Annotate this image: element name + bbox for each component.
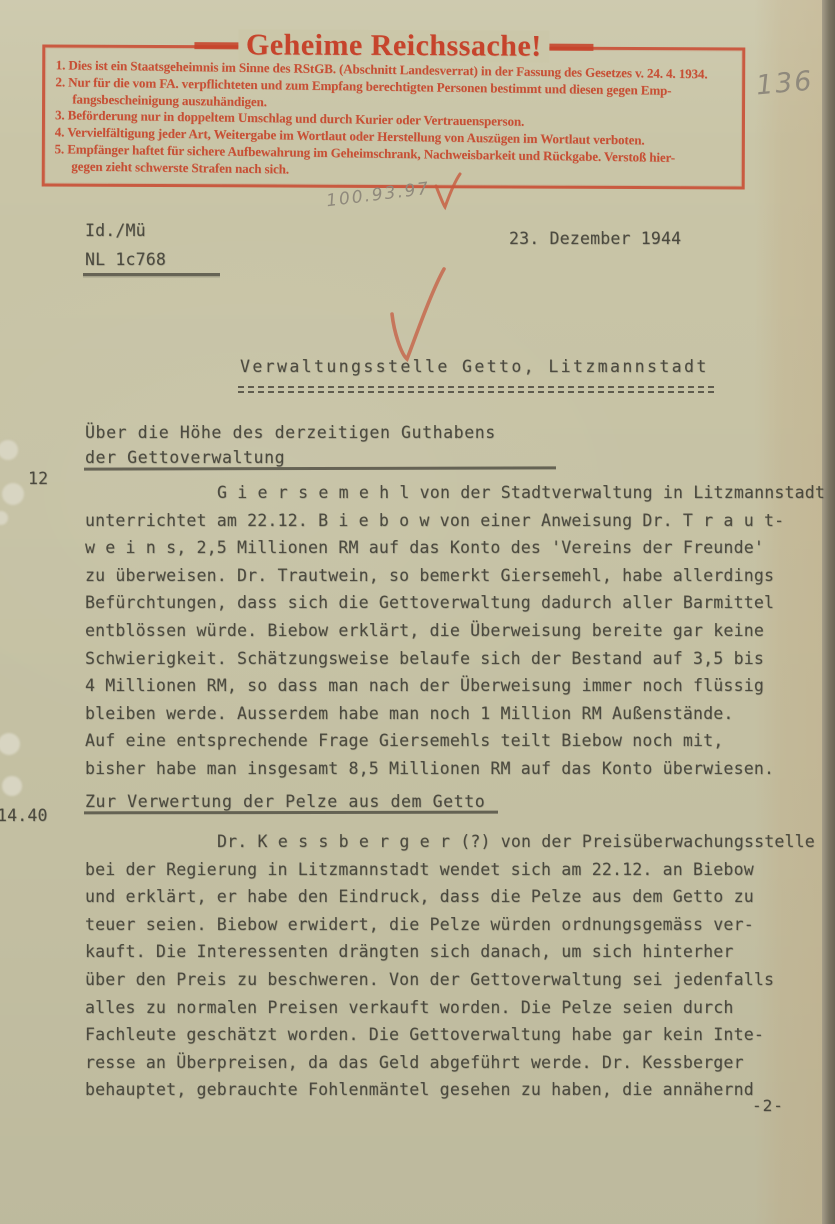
body-line: alles zu normalen Preisen verkauft worde… <box>85 994 815 1022</box>
document-title: Verwaltungsstelle Getto, Litzmannstadt <box>240 357 709 376</box>
body-line: Schwierigkeit. Schätzungsweise belaufe s… <box>85 645 825 673</box>
stamp-title-bar-left-icon <box>194 42 238 49</box>
section2-heading-underline <box>84 811 498 814</box>
body-line: bei der Regierung in Litzmannstadt wende… <box>85 856 815 884</box>
secrecy-stamp-box: Geheime Reichssache! 1. Dies ist ein Sta… <box>42 44 746 189</box>
punch-hole <box>0 511 8 525</box>
punch-hole <box>2 483 24 505</box>
body-line: bisher habe man insgesamt 8,5 Millionen … <box>85 755 825 783</box>
body-line: entblössen würde. Biebow erklärt, die Üb… <box>85 617 825 645</box>
document-date: 23. Dezember 1944 <box>509 229 681 248</box>
stamp-title: Geheime Reichssache! <box>238 29 550 62</box>
body-line: Befürchtungen, dass sich die Gettoverwal… <box>85 589 825 617</box>
document-title-underline <box>238 386 714 393</box>
body-line: unterrichtet am 22.12. B i e b o w von e… <box>85 507 825 535</box>
page-number: -2- <box>752 1096 784 1115</box>
section1-heading-underline <box>84 466 556 470</box>
punch-hole <box>0 733 20 755</box>
body-line: über den Preis zu beschweren. Von der Ge… <box>85 966 815 994</box>
body-line: Fachleute geschätzt worden. Die Gettover… <box>85 1021 815 1049</box>
section2-paragraph: Dr. K e s s b e r g e r (?) von der Prei… <box>85 828 815 1104</box>
body-line: resse an Überpreisen, da das Geld abgefü… <box>85 1049 815 1077</box>
body-line: kauft. Die Interessenten drängten sich d… <box>85 938 815 966</box>
folio-number: 136 <box>755 66 815 102</box>
body-line: G i e r s e m e h l von der Stadtverwalt… <box>85 479 825 507</box>
margin-note-section1: 12 <box>28 469 48 488</box>
stamp-title-bar-right-icon <box>550 43 594 50</box>
section1-heading-line1: Über die Höhe des derzeitigen Guthabens <box>85 423 496 442</box>
section1-paragraph: G i e r s e m e h l von der Stadtverwalt… <box>85 479 825 783</box>
stamp-title-row: Geheime Reichssache! <box>194 29 594 63</box>
red-checkmark-large-icon <box>383 266 451 364</box>
body-line: teuer seien. Biebow erwidert, die Pelze … <box>85 911 815 939</box>
body-line: zu überweisen. Dr. Trautwein, so bemerkt… <box>85 562 825 590</box>
body-line: und erklärt, er habe den Eindruck, dass … <box>85 883 815 911</box>
reference-line-2: NL 1c768 <box>85 250 166 269</box>
body-line: w e i n s, 2,5 Millionen RM auf das Kont… <box>85 534 825 562</box>
reference-line-1: Id./Mü <box>85 221 146 240</box>
punch-hole <box>0 440 18 460</box>
body-line: 4 Millionen RM, so dass man nach der Übe… <box>85 672 825 700</box>
body-line: behauptet, gebrauchte Fohlenmäntel geseh… <box>85 1076 815 1104</box>
scanned-document-page: Geheime Reichssache! 1. Dies ist ein Sta… <box>0 0 835 1224</box>
section1-heading-line2: der Gettoverwaltung <box>85 448 285 467</box>
body-line: Auf eine entsprechende Frage Giersemehls… <box>85 727 825 755</box>
punch-hole <box>2 776 22 796</box>
section2-heading: Zur Verwertung der Pelze aus dem Getto <box>85 792 485 811</box>
body-line: Dr. K e s s b e r g e r (?) von der Prei… <box>85 828 815 856</box>
reference-underline <box>83 273 220 276</box>
margin-note-section2: 14.40 <box>0 806 48 825</box>
body-line: bleiben werde. Ausserdem habe man noch 1… <box>85 700 825 728</box>
stamp-rules-list: 1. Dies ist ein Staatsgeheimnis im Sinne… <box>54 57 736 184</box>
red-checkmark-small-icon <box>433 172 463 214</box>
